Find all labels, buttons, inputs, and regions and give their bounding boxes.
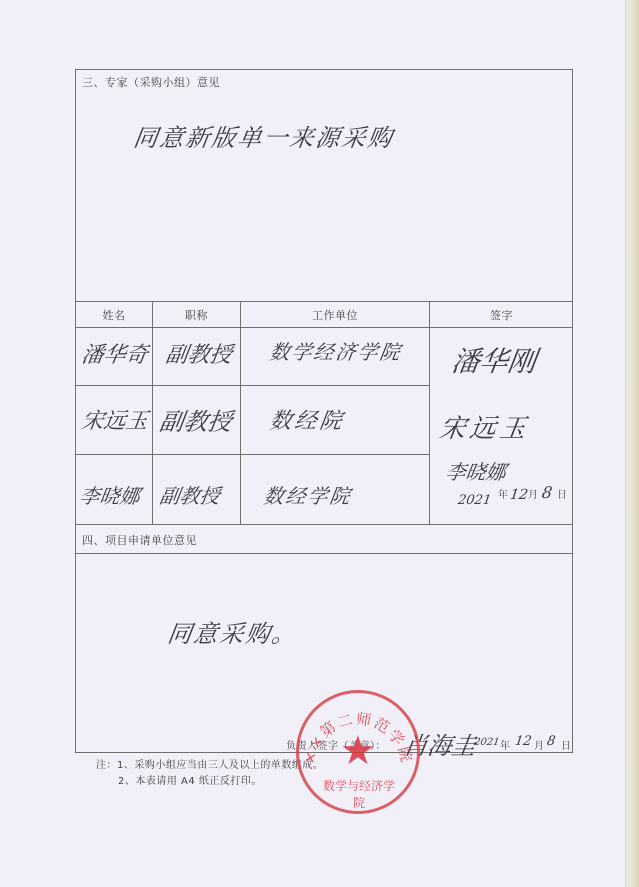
expert-date-year: 2021	[457, 493, 492, 508]
section4-heading: 四、项目申请单位意见	[82, 532, 197, 548]
expert-opinion-handwritten: 同意新版单一来源采购	[132, 118, 397, 153]
expert-date-day-label: 日	[557, 486, 568, 501]
expert-date-year-label: 年	[498, 486, 509, 501]
row-divider	[75, 301, 573, 302]
expert-unit: 数经学院	[262, 480, 354, 509]
star-icon: ★	[340, 731, 376, 771]
expert-signature: 宋远玉	[437, 408, 532, 445]
unit-date-year-label: 年	[500, 737, 511, 752]
header-unit: 工作单位	[241, 307, 429, 323]
row-divider	[75, 454, 429, 455]
row-divider	[75, 327, 573, 328]
unit-date-month: 12	[514, 734, 533, 749]
header-signature: 签字	[430, 307, 573, 323]
row-divider	[75, 524, 573, 525]
unit-date-year: 2021	[473, 737, 500, 748]
col-divider	[240, 301, 241, 524]
expert-title: 副教授	[158, 402, 235, 437]
expert-title: 副教授	[158, 480, 222, 509]
expert-name: 李晓娜	[78, 480, 142, 509]
col-divider	[429, 301, 430, 524]
unit-date-day-label: 日	[561, 737, 572, 752]
expert-title: 副教授	[164, 338, 234, 369]
seal-bottom-text: 数学与经济学院	[319, 777, 399, 811]
note-line-2: 2、本表请用 A4 纸正反打印。	[118, 772, 262, 787]
section3-heading: 三、专家（采购小组）意见	[82, 74, 220, 90]
col-divider	[152, 301, 153, 524]
expert-unit: 数经院	[268, 404, 347, 435]
note-line-1: 注：1、采购小组应当由三人及以上的单数组成。	[96, 756, 323, 771]
header-title: 职称	[153, 307, 240, 323]
row-divider	[75, 385, 429, 386]
expert-name: 潘华奇	[80, 338, 150, 369]
unit-opinion-handwritten: 同意采购。	[166, 614, 301, 649]
expert-unit: 数学经济学院	[268, 336, 404, 365]
expert-name: 宋远玉	[80, 404, 150, 435]
header-name: 姓名	[76, 307, 152, 323]
expert-date-month: 12	[509, 487, 529, 503]
expert-date-month-label: 月	[528, 486, 539, 501]
paper-edge	[626, 0, 639, 887]
unit-date-month-label: 月	[534, 737, 545, 752]
official-seal: ××第二师范学院 ★ 数学与经济学院	[296, 690, 420, 814]
expert-signature: 李晓娜	[444, 456, 508, 485]
row-divider	[75, 553, 573, 554]
paper-edge-line	[625, 0, 626, 887]
expert-signature: 潘华刚	[449, 340, 539, 380]
